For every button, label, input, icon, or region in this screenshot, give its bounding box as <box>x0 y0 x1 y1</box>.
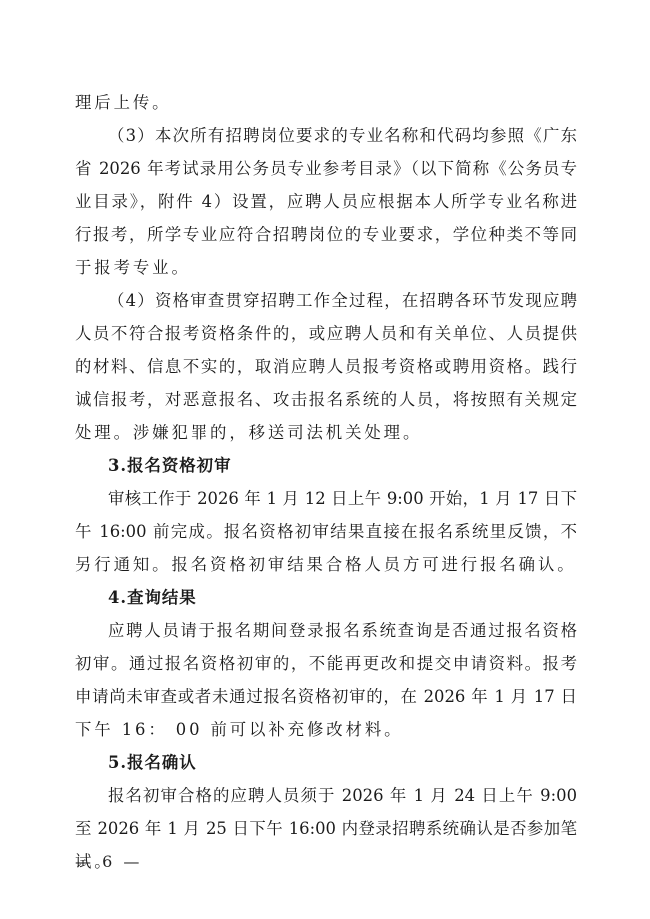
text-line: 业目录》，附件 4）设置，应聘人员应根据本人所学专业名称进 <box>75 185 577 218</box>
text-line: 报名初审合格的应聘人员须于 2026 年 1 月 24 日上午 9:00 <box>75 779 577 812</box>
text-line: 至 2026 年 1 月 25 日下午 16:00 内登录招聘系统确认是否参加笔 <box>75 812 577 845</box>
text-line: 处理。涉嫌犯罪的，移送司法机关处理。 <box>75 416 577 449</box>
text-line: 申请尚未审查或者未通过报名资格初审的，在 2026 年 1 月 17 日 <box>75 680 577 713</box>
text-line: 另行通知。报名资格初审结果合格人员方可进行报名确认。 <box>75 548 577 581</box>
text-line: 初审。通过报名资格初审的，不能再更改和提交申请资料。报考 <box>75 647 577 680</box>
section-heading-registration-confirmation: 5.报名确认 <box>75 746 577 779</box>
section-heading-query-results: 4.查询结果 <box>75 581 577 614</box>
paragraph-3-line: （3）本次所有招聘岗位要求的专业名称和代码均参照《广东 <box>75 119 577 152</box>
paragraph-4-line: （4）资格审查贯穿招聘工作全过程，在招聘各环节发现应聘 <box>75 284 577 317</box>
section-heading-initial-review: 3.报名资格初审 <box>75 449 577 482</box>
text-line: 人员不符合报考资格条件的，或应聘人员和有关单位、人员提供 <box>75 317 577 350</box>
text-line: 行报考，所学专业应符合招聘岗位的专业要求，学位种类不等同 <box>75 218 577 251</box>
text-line: 审核工作于 2026 年 1 月 12 日上午 9:00 开始，1 月 17 日… <box>75 482 577 515</box>
text-line: 应聘人员请于报名期间登录报名系统查询是否通过报名资格 <box>75 614 577 647</box>
text-line: 诚信报考，对恶意报名、攻击报名系统的人员，将按照有关规定 <box>75 383 577 416</box>
text-line: 理后上传。 <box>75 86 577 119</box>
document-page: 理后上传。 （3）本次所有招聘岗位要求的专业名称和代码均参照《广东 省 2026… <box>75 86 577 878</box>
text-line: 午 16:00 前完成。报名资格初审结果直接在报名系统里反馈，不 <box>75 515 577 548</box>
text-line: 省 2026 年考试录用公务员专业参考目录》（以下简称《公务员专 <box>75 152 577 185</box>
text-line: 于报考专业。 <box>75 251 577 284</box>
text-line: 的材料、信息不实的，取消应聘人员报考资格或聘用资格。践行 <box>75 350 577 383</box>
page-number: — 6 — <box>75 852 142 871</box>
text-line: 试。 <box>75 845 577 878</box>
text-line: 下午 16： 00 前可以补充修改材料。 <box>75 713 577 746</box>
